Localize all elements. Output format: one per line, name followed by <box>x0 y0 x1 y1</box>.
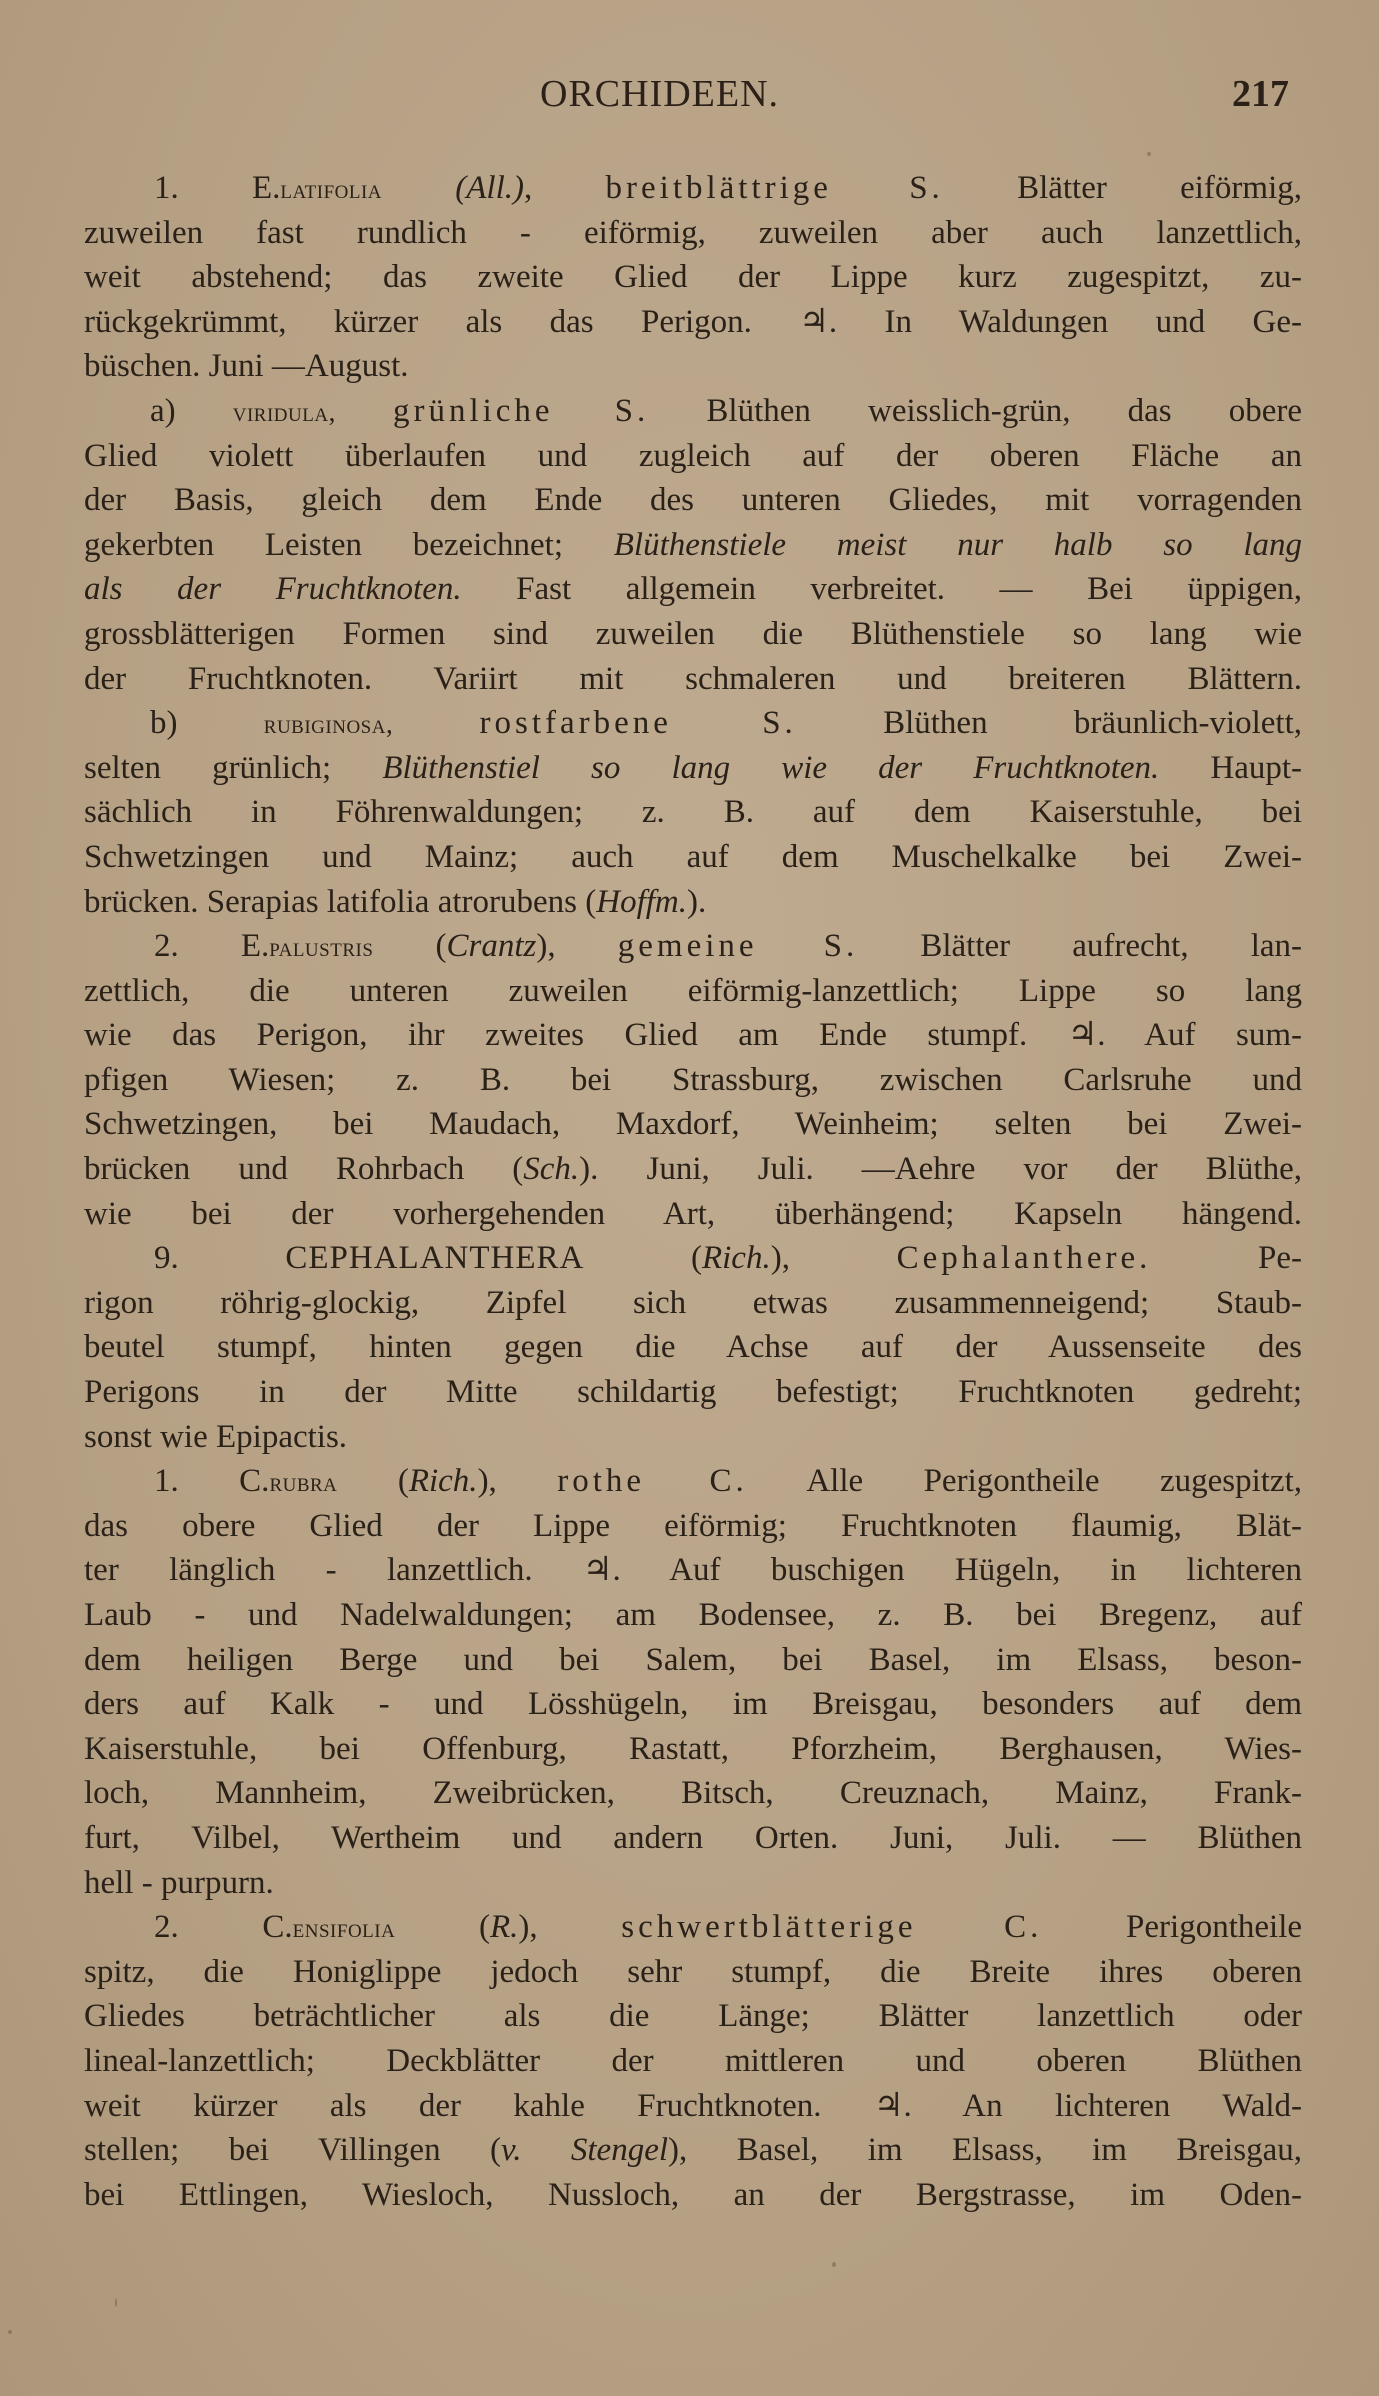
text-line: ders auf Kalk - und Lösshügeln, im Breis… <box>84 1682 1302 1727</box>
text-line: 1. E.LATIFOLIA (All.), breitblättrige S.… <box>84 166 1302 211</box>
text-line: das obere Glied der Lippe eiförmig; Fruc… <box>84 1504 1302 1549</box>
entry-var-viridula: a) VIRIDULA, grünliche S. Blüthen weissl… <box>84 389 1302 701</box>
common-name: breitblättrige S. <box>606 170 944 206</box>
species-name: PALUSTRIS <box>269 932 373 962</box>
text-line: zuweilen fast rundlich - eiförmig, zuwei… <box>84 211 1302 256</box>
text-line: Perigons in der Mitte schildartig befest… <box>84 1370 1302 1415</box>
page-body: 1. E.LATIFOLIA (All.), breitblättrige S.… <box>84 166 1302 2217</box>
text-line: Schwetzingen und Mainz; auch auf dem Mus… <box>84 835 1302 880</box>
running-title: ORCHIDEEN. <box>540 72 779 116</box>
species-name: ENSIFOLIA <box>293 1913 396 1943</box>
author-citation: R. <box>490 1909 518 1945</box>
text-line: sächlich in Föhrenwaldungen; z. B. auf d… <box>84 790 1302 835</box>
text-line: weit abstehend; das zweite Glied der Lip… <box>84 255 1302 300</box>
text-line: dem heiligen Berge und bei Salem, bei Ba… <box>84 1638 1302 1683</box>
text-line: 2. E.PALUSTRIS (Crantz), gemeine S. Blät… <box>84 924 1302 969</box>
genus-name: CEPHALANTHERA <box>285 1240 584 1276</box>
text-line: furt, Vilbel, Wertheim und andern Orten.… <box>84 1816 1302 1861</box>
author-citation: (All.) <box>455 170 524 206</box>
text-line: sonst wie Epipactis. <box>84 1415 1302 1460</box>
entry-e-palustris: 2. E.PALUSTRIS (Crantz), gemeine S. Blät… <box>84 924 1302 1236</box>
text-line: wie bei der vorhergehenden Art, überhäng… <box>84 1192 1302 1237</box>
text-line: pfigen Wiesen; z. B. bei Strassburg, zwi… <box>84 1058 1302 1103</box>
common-name: grünliche S. <box>393 393 649 429</box>
variety-name: RUBIGINOSA, <box>264 709 393 739</box>
text-line: 1. C.RUBRA (Rich.), rothe C. Alle Perigo… <box>84 1459 1302 1504</box>
text-line: Kaiserstuhle, bei Offenburg, Rastatt, Pf… <box>84 1727 1302 1772</box>
text-line: brücken. Serapias latifolia atrorubens (… <box>84 880 1302 925</box>
text-line: 9. CEPHALANTHERA (Rich.), Cephalanthere.… <box>84 1236 1302 1281</box>
text-line: beutel stumpf, hinten gegen die Achse au… <box>84 1325 1302 1370</box>
paper-speck <box>115 2298 117 2307</box>
text-line: wie das Perigon, ihr zweites Glied am En… <box>84 1013 1302 1058</box>
variety-name: VIRIDULA, <box>233 397 336 427</box>
page-number: 217 <box>1232 72 1289 116</box>
text-line: stellen; bei Villingen (v. Stengel), Bas… <box>84 2128 1302 2173</box>
text-line: der Basis, gleich dem Ende des unteren G… <box>84 478 1302 523</box>
text-line: zettlich, die unteren zuweilen eiförmig-… <box>84 969 1302 1014</box>
text-line: lineal-lanzettlich; Deckblätter der mitt… <box>84 2039 1302 2084</box>
text-line: gekerbten Leisten bezeichnet; Blüthensti… <box>84 523 1302 568</box>
text-line: grossblätterigen Formen sind zuweilen di… <box>84 612 1302 657</box>
entry-genus-cephalanthera: 9. CEPHALANTHERA (Rich.), Cephalanthere.… <box>84 1236 1302 1459</box>
text-line: a) VIRIDULA, grünliche S. Blüthen weissl… <box>84 389 1302 434</box>
entry-var-rubiginosa: b) RUBIGINOSA, rostfarbene S. Blüthen br… <box>84 701 1302 924</box>
entry-c-ensifolia: 2. C.ENSIFOLIA (R.), schwertblätterige C… <box>84 1905 1302 2217</box>
text-line: als der Fruchtknoten. Fast allgemein ver… <box>84 567 1302 612</box>
text-line: Gliedes beträchtlicher als die Länge; Bl… <box>84 1994 1302 2039</box>
text-line: brücken und Rohrbach (Sch.). Juni, Juli.… <box>84 1147 1302 1192</box>
common-name: schwertblätterige C. <box>621 1909 1042 1945</box>
text-line: Schwetzingen, bei Maudach, Maxdorf, Wein… <box>84 1102 1302 1147</box>
species-name: LATIFOLIA <box>280 174 382 204</box>
text-line: bei Ettlingen, Wiesloch, Nussloch, an de… <box>84 2173 1302 2218</box>
text-line: rigon röhrig-glockig, Zipfel sich etwas … <box>84 1281 1302 1326</box>
author-citation: Rich. <box>702 1240 771 1276</box>
text-line: Glied violett überlaufen und zugleich au… <box>84 434 1302 479</box>
text-line: hell - purpurn. <box>84 1861 1302 1906</box>
paper-speck <box>1147 152 1151 156</box>
text-line: weit kürzer als der kahle Fruchtknoten. … <box>84 2084 1302 2129</box>
common-name: Cephalanthere. <box>897 1240 1152 1276</box>
paper-speck <box>8 2330 12 2334</box>
entry-e-latifolia: 1. E.LATIFOLIA (All.), breitblättrige S.… <box>84 166 1302 389</box>
text-line: Laub - und Nadelwaldungen; am Bodensee, … <box>84 1593 1302 1638</box>
text-line: büschen. Juni —August. <box>84 344 1302 389</box>
text-line: rückgekrümmt, kürzer als das Perigon. ♃.… <box>84 300 1302 345</box>
text-line: 2. C.ENSIFOLIA (R.), schwertblätterige C… <box>84 1905 1302 1950</box>
text-line: ter länglich - lanzettlich. ♃. Auf busch… <box>84 1548 1302 1593</box>
species-name: RUBRA <box>269 1467 337 1497</box>
common-name: gemeine S. <box>618 928 859 964</box>
author-citation: Rich. <box>409 1463 478 1499</box>
common-name: rothe C. <box>557 1463 748 1499</box>
author-citation: Crantz <box>447 928 537 964</box>
text-line: der Fruchtknoten. Variirt mit schmaleren… <box>84 657 1302 702</box>
text-line: spitz, die Honiglippe jedoch sehr stumpf… <box>84 1950 1302 1995</box>
text-line: b) RUBIGINOSA, rostfarbene S. Blüthen br… <box>84 701 1302 746</box>
paper-speck <box>832 2262 836 2267</box>
common-name: rostfarbene S. <box>480 705 797 741</box>
text-line: loch, Mannheim, Zweibrücken, Bitsch, Cre… <box>84 1771 1302 1816</box>
text-line: selten grünlich; Blüthenstiel so lang wi… <box>84 746 1302 791</box>
page-header: ORCHIDEEN. 217 <box>0 72 1379 132</box>
entry-c-rubra: 1. C.RUBRA (Rich.), rothe C. Alle Perigo… <box>84 1459 1302 1905</box>
